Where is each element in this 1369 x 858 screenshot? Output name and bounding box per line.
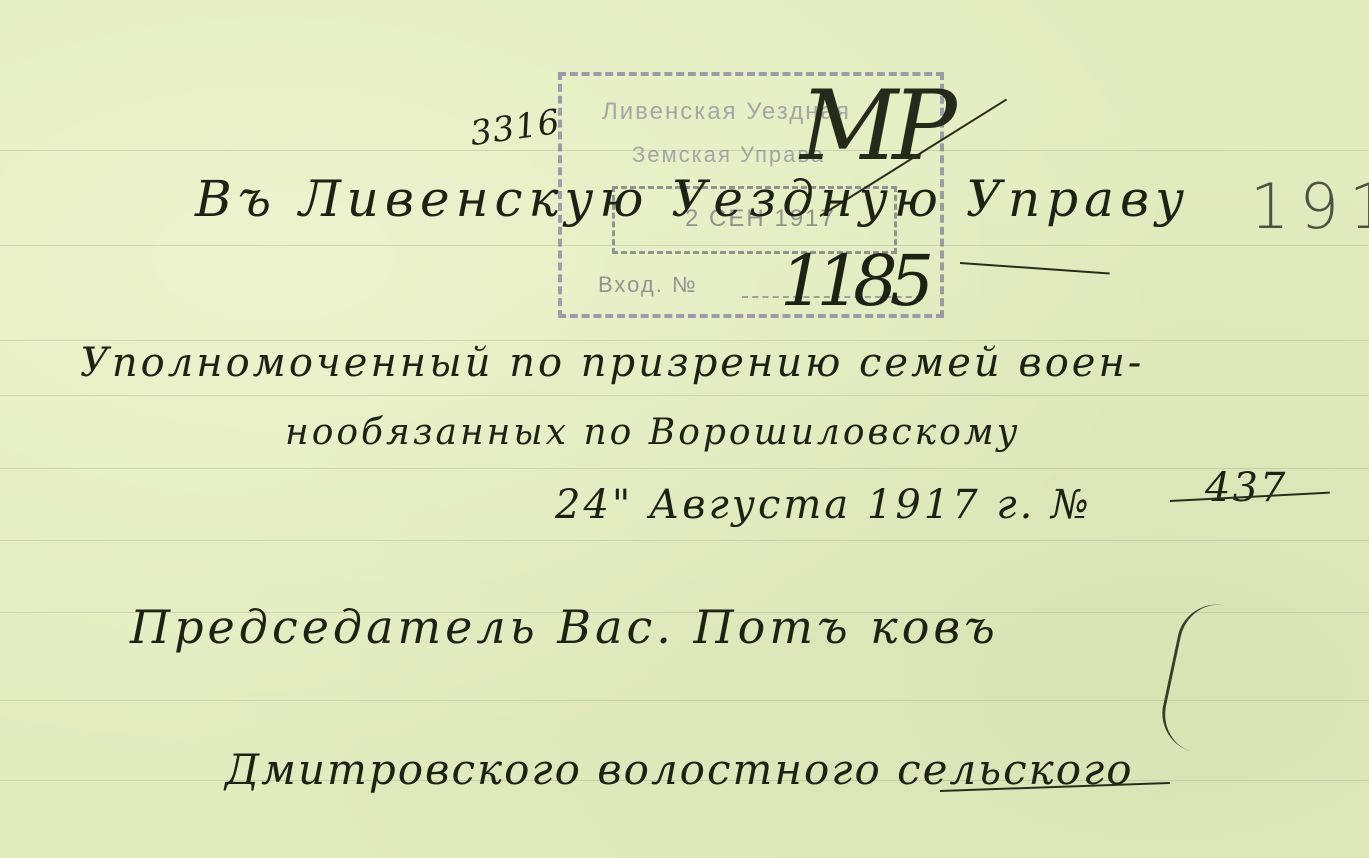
initials: МР	[800, 70, 951, 182]
letter-line-1: Уполномоченный по призрению семей воен-	[80, 340, 1144, 386]
address-underline	[960, 262, 1110, 274]
registry-number: 3316	[468, 102, 563, 154]
date-line: 24" Августа 1917 г. №	[555, 482, 1092, 528]
stamp-line-2: Земская Управа	[632, 142, 825, 168]
incoming-number-handwritten: 1185	[780, 240, 926, 322]
letter-line-2: нообязанных по Ворошиловскому	[285, 412, 1021, 453]
ruled-line	[0, 395, 1369, 396]
pencil-page-number: 191	[1250, 170, 1369, 243]
address-line: Въ Ливенскую Уездную Управу	[195, 170, 1190, 228]
letter-line-4: Дмитровского волостного сельского	[225, 745, 1134, 794]
ruled-line	[0, 468, 1369, 469]
ruled-line	[0, 540, 1369, 541]
stamp-incoming-label: Вход. №	[598, 272, 698, 298]
outgoing-number: 437	[1205, 465, 1287, 511]
bracket-stroke	[1155, 597, 1228, 753]
letter-line-3: Председатель Вас. Потъ ковъ	[130, 600, 999, 654]
